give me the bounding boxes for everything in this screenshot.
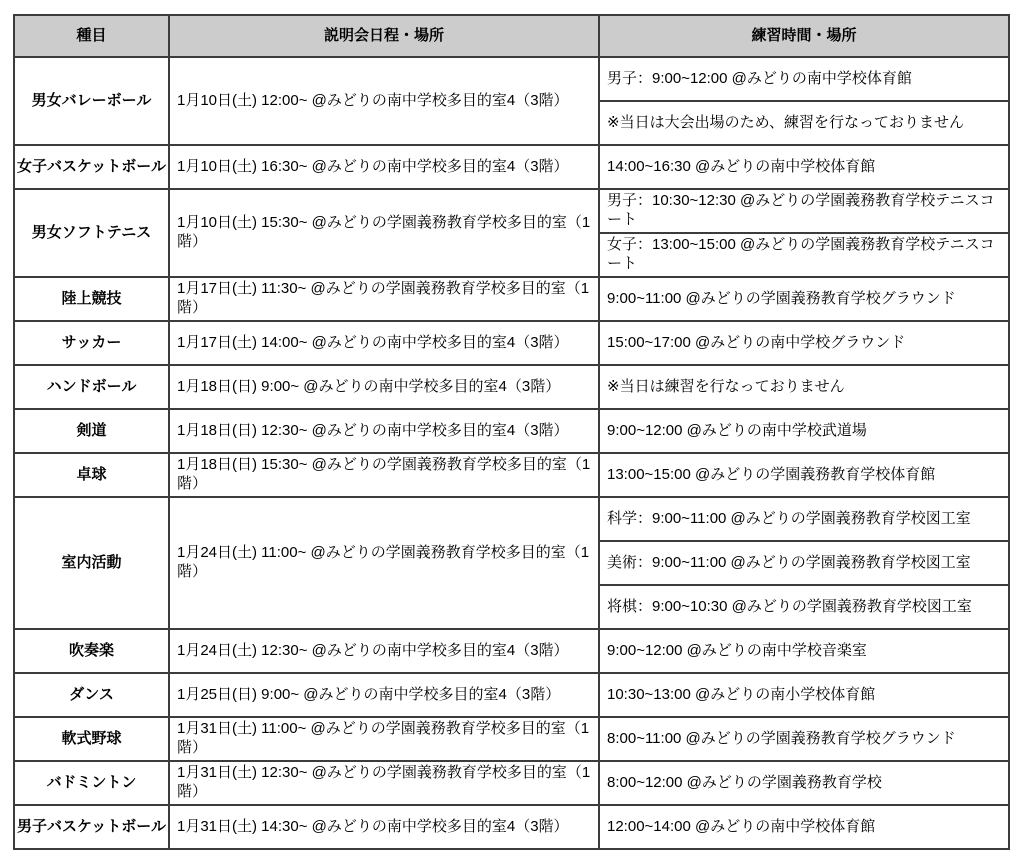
practice-cell: 14:00~16:30 @みどりの南中学校体育館 [599,145,1009,189]
practice-cell: 男子：9:00~12:00 @みどりの南中学校体育館 [599,57,1009,101]
practice-cell: 将棋：9:00~10:30 @みどりの学園義務教育学校図工室 [599,585,1009,629]
practice-cell: 13:00~15:00 @みどりの学園義務教育学校体育館 [599,453,1009,497]
briefing-cell: 1月10日(土) 16:30~ @みどりの南中学校多目的室4（3階） [169,145,599,189]
briefing-cell: 1月24日(土) 11:00~ @みどりの学園義務教育学校多目的室（1階） [169,497,599,629]
practice-cell: 科学：9:00~11:00 @みどりの学園義務教育学校図工室 [599,497,1009,541]
sport-cell: 男女バレーボール [14,57,169,145]
sport-cell: 女子バスケットボール [14,145,169,189]
schedule-table-container: 種目 説明会日程・場所 練習時間・場所 男女バレーボール1月10日(土) 12:… [13,14,1010,850]
header-col-briefing: 説明会日程・場所 [169,15,599,57]
sport-cell: 卓球 [14,453,169,497]
briefing-cell: 1月24日(土) 12:30~ @みどりの南中学校多目的室4（3階） [169,629,599,673]
sport-cell: サッカー [14,321,169,365]
practice-cell: 8:00~11:00 @みどりの学園義務教育学校グラウンド [599,717,1009,761]
practice-cell: 女子：13:00~15:00 @みどりの学園義務教育学校テニスコート [599,233,1009,277]
sport-cell: ダンス [14,673,169,717]
table-row: 男女バレーボール1月10日(土) 12:00~ @みどりの南中学校多目的室4（3… [14,57,1009,101]
sport-cell: 男子バスケットボール [14,805,169,849]
practice-cell: 美術：9:00~11:00 @みどりの学園義務教育学校図工室 [599,541,1009,585]
briefing-cell: 1月17日(土) 14:00~ @みどりの南中学校多目的室4（3階） [169,321,599,365]
table-row: 男子バスケットボール1月31日(土) 14:30~ @みどりの南中学校多目的室4… [14,805,1009,849]
briefing-cell: 1月17日(土) 11:30~ @みどりの学園義務教育学校多目的室（1階） [169,277,599,321]
practice-cell: 9:00~11:00 @みどりの学園義務教育学校グラウンド [599,277,1009,321]
practice-cell: 8:00~12:00 @みどりの学園義務教育学校 [599,761,1009,805]
table-row: 軟式野球1月31日(土) 11:00~ @みどりの学園義務教育学校多目的室（1階… [14,717,1009,761]
table-row: 剣道1月18日(日) 12:30~ @みどりの南中学校多目的室4（3階）9:00… [14,409,1009,453]
briefing-cell: 1月18日(日) 12:30~ @みどりの南中学校多目的室4（3階） [169,409,599,453]
practice-cell: 男子：10:30~12:30 @みどりの学園義務教育学校テニスコート [599,189,1009,233]
practice-cell: 12:00~14:00 @みどりの南中学校体育館 [599,805,1009,849]
practice-cell: 9:00~12:00 @みどりの南中学校音楽室 [599,629,1009,673]
practice-cell: 15:00~17:00 @みどりの南中学校グラウンド [599,321,1009,365]
header-row: 種目 説明会日程・場所 練習時間・場所 [14,15,1009,57]
practice-cell: ※当日は練習を行なっておりません [599,365,1009,409]
table-row: 室内活動1月24日(土) 11:00~ @みどりの学園義務教育学校多目的室（1階… [14,497,1009,541]
briefing-cell: 1月18日(日) 9:00~ @みどりの南中学校多目的室4（3階） [169,365,599,409]
table-row: ハンドボール1月18日(日) 9:00~ @みどりの南中学校多目的室4（3階）※… [14,365,1009,409]
sport-cell: 陸上競技 [14,277,169,321]
briefing-cell: 1月31日(土) 12:30~ @みどりの学園義務教育学校多目的室（1階） [169,761,599,805]
table-row: 卓球1月18日(日) 15:30~ @みどりの学園義務教育学校多目的室（1階）1… [14,453,1009,497]
sport-cell: ハンドボール [14,365,169,409]
briefing-cell: 1月10日(土) 12:00~ @みどりの南中学校多目的室4（3階） [169,57,599,145]
header-col-practice: 練習時間・場所 [599,15,1009,57]
table-row: 吹奏楽1月24日(土) 12:30~ @みどりの南中学校多目的室4（3階）9:0… [14,629,1009,673]
briefing-cell: 1月31日(土) 14:30~ @みどりの南中学校多目的室4（3階） [169,805,599,849]
table-row: サッカー1月17日(土) 14:00~ @みどりの南中学校多目的室4（3階）15… [14,321,1009,365]
sport-cell: 男女ソフトテニス [14,189,169,277]
sport-cell: 剣道 [14,409,169,453]
sport-cell: 軟式野球 [14,717,169,761]
briefing-cell: 1月10日(土) 15:30~ @みどりの学園義務教育学校多目的室（1階） [169,189,599,277]
header-col-sport: 種目 [14,15,169,57]
schedule-table: 種目 説明会日程・場所 練習時間・場所 男女バレーボール1月10日(土) 12:… [13,14,1010,850]
table-row: 女子バスケットボール1月10日(土) 16:30~ @みどりの南中学校多目的室4… [14,145,1009,189]
table-row: 男女ソフトテニス1月10日(土) 15:30~ @みどりの学園義務教育学校多目的… [14,189,1009,233]
practice-cell: ※当日は大会出場のため、練習を行なっておりません [599,101,1009,145]
sport-cell: バドミントン [14,761,169,805]
table-row: バドミントン1月31日(土) 12:30~ @みどりの学園義務教育学校多目的室（… [14,761,1009,805]
table-row: 陸上競技1月17日(土) 11:30~ @みどりの学園義務教育学校多目的室（1階… [14,277,1009,321]
practice-cell: 9:00~12:00 @みどりの南中学校武道場 [599,409,1009,453]
briefing-cell: 1月18日(日) 15:30~ @みどりの学園義務教育学校多目的室（1階） [169,453,599,497]
practice-cell: 10:30~13:00 @みどりの南小学校体育館 [599,673,1009,717]
table-row: ダンス1月25日(日) 9:00~ @みどりの南中学校多目的室4（3階）10:3… [14,673,1009,717]
sport-cell: 吹奏楽 [14,629,169,673]
briefing-cell: 1月31日(土) 11:00~ @みどりの学園義務教育学校多目的室（1階） [169,717,599,761]
sport-cell: 室内活動 [14,497,169,629]
briefing-cell: 1月25日(日) 9:00~ @みどりの南中学校多目的室4（3階） [169,673,599,717]
